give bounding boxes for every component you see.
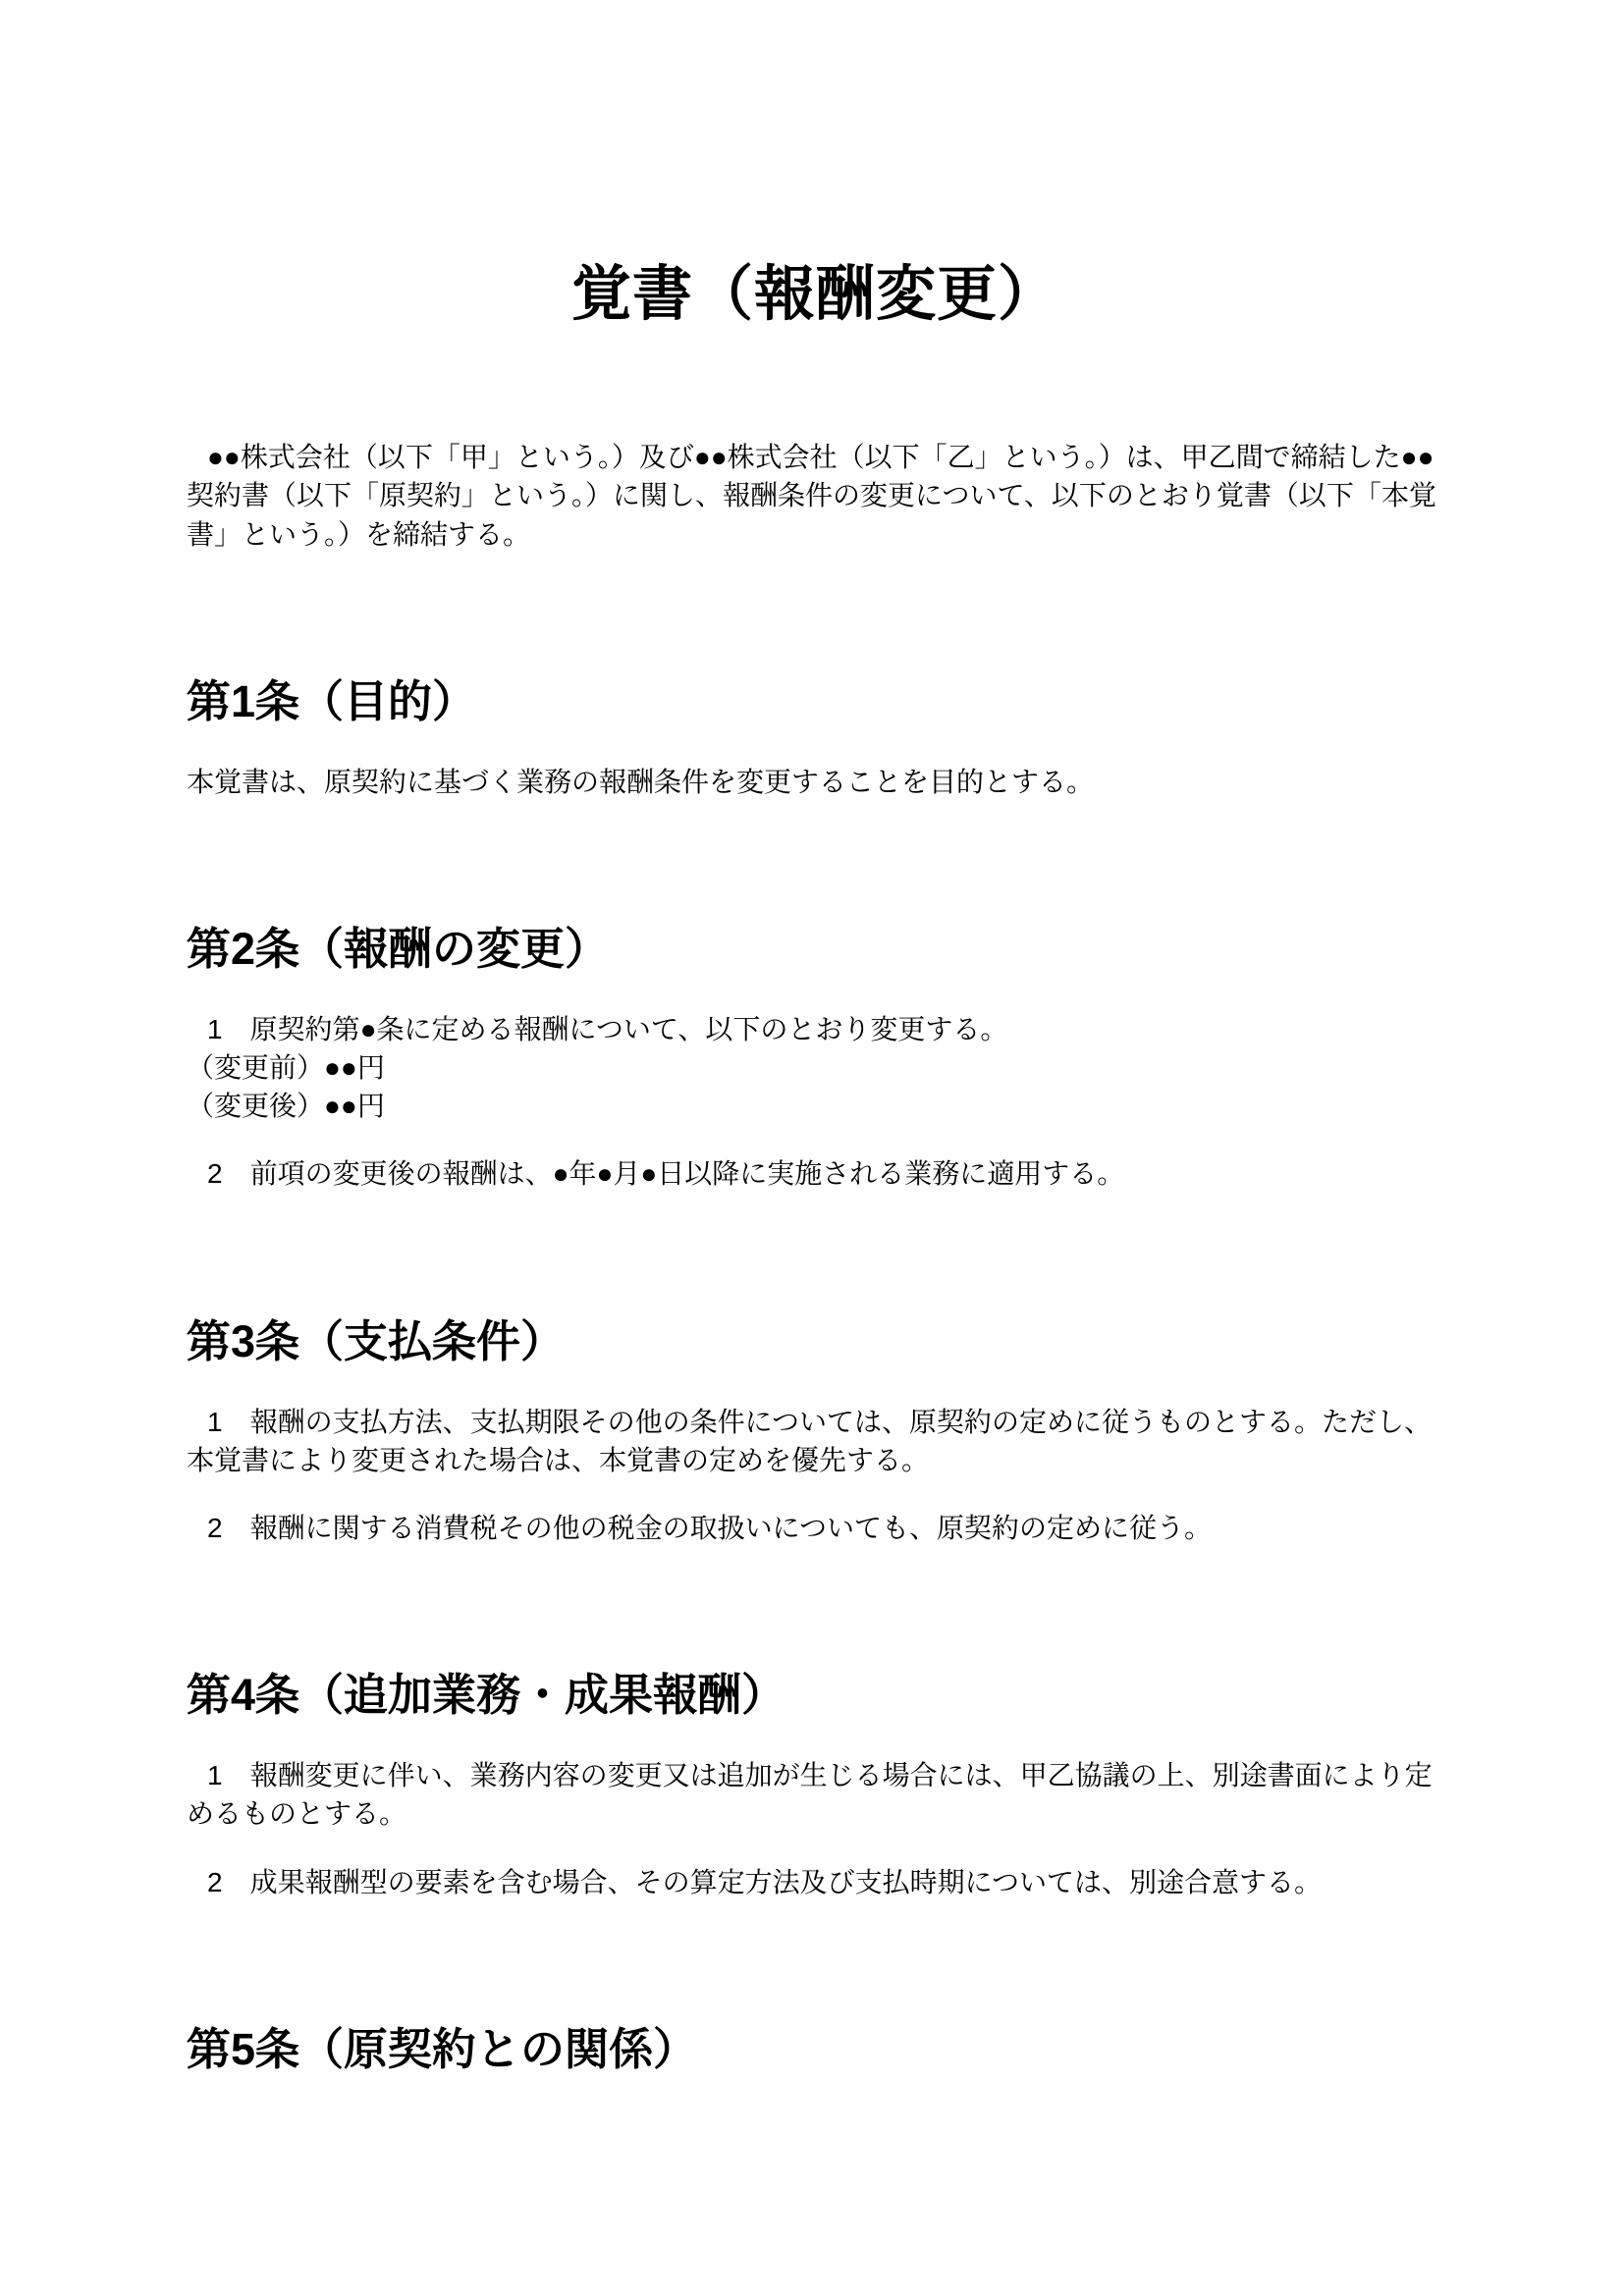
article-2-clause-2: 2 前項の変更後の報酬は、●年●月●日以降に実施される業務に適用する。: [187, 1154, 1443, 1193]
section-article-4: 第4条（追加業務・成果報酬） 1 報酬変更に伴い、業務内容の変更又は追加が生じる…: [187, 1669, 1443, 1901]
section-article-5: 第5条（原契約との関係）: [187, 2023, 1443, 2076]
article-2-clause-1: 1 原契約第●条に定める報酬について、以下のとおり変更する。 （変更前）●●円 …: [187, 1010, 1443, 1126]
article-3-clause-1: 1 報酬の支払方法、支払期限その他の条件については、原契約の定めに従うものとする…: [187, 1403, 1443, 1479]
document-title: 覚書（報酬変更）: [187, 259, 1443, 328]
document-page: 覚書（報酬変更） ●●株式会社（以下「甲」という。）及び●●株式会社（以下「乙」…: [0, 0, 1624, 2296]
article-1-clause-1: 本覚書は、原契約に基づく業務の報酬条件を変更することを目的とする。: [187, 763, 1443, 801]
article-1-heading: 第1条（目的）: [187, 675, 1443, 728]
article-4-clause-1: 1 報酬変更に伴い、業務内容の変更又は追加が生じる場合には、甲乙協議の上、別途書…: [187, 1756, 1443, 1833]
article-3-clause-2: 2 報酬に関する消費税その他の税金の取扱いについても、原契約の定めに従う。: [187, 1509, 1443, 1547]
article-5-heading: 第5条（原契約との関係）: [187, 2023, 1443, 2076]
intro-paragraph: ●●株式会社（以下「甲」という。）及び●●株式会社（以下「乙」という。）は、甲乙…: [187, 438, 1443, 554]
article-4-heading: 第4条（追加業務・成果報酬）: [187, 1669, 1443, 1722]
section-article-3: 第3条（支払条件） 1 報酬の支払方法、支払期限その他の条件については、原契約の…: [187, 1315, 1443, 1548]
section-article-1: 第1条（目的） 本覚書は、原契約に基づく業務の報酬条件を変更することを目的とする…: [187, 675, 1443, 801]
section-article-2: 第2条（報酬の変更） 1 原契約第●条に定める報酬について、以下のとおり変更する…: [187, 923, 1443, 1194]
article-4-clause-2: 2 成果報酬型の要素を含む場合、その算定方法及び支払時期については、別途合意する…: [187, 1863, 1443, 1901]
article-3-heading: 第3条（支払条件）: [187, 1315, 1443, 1368]
article-2-heading: 第2条（報酬の変更）: [187, 923, 1443, 976]
